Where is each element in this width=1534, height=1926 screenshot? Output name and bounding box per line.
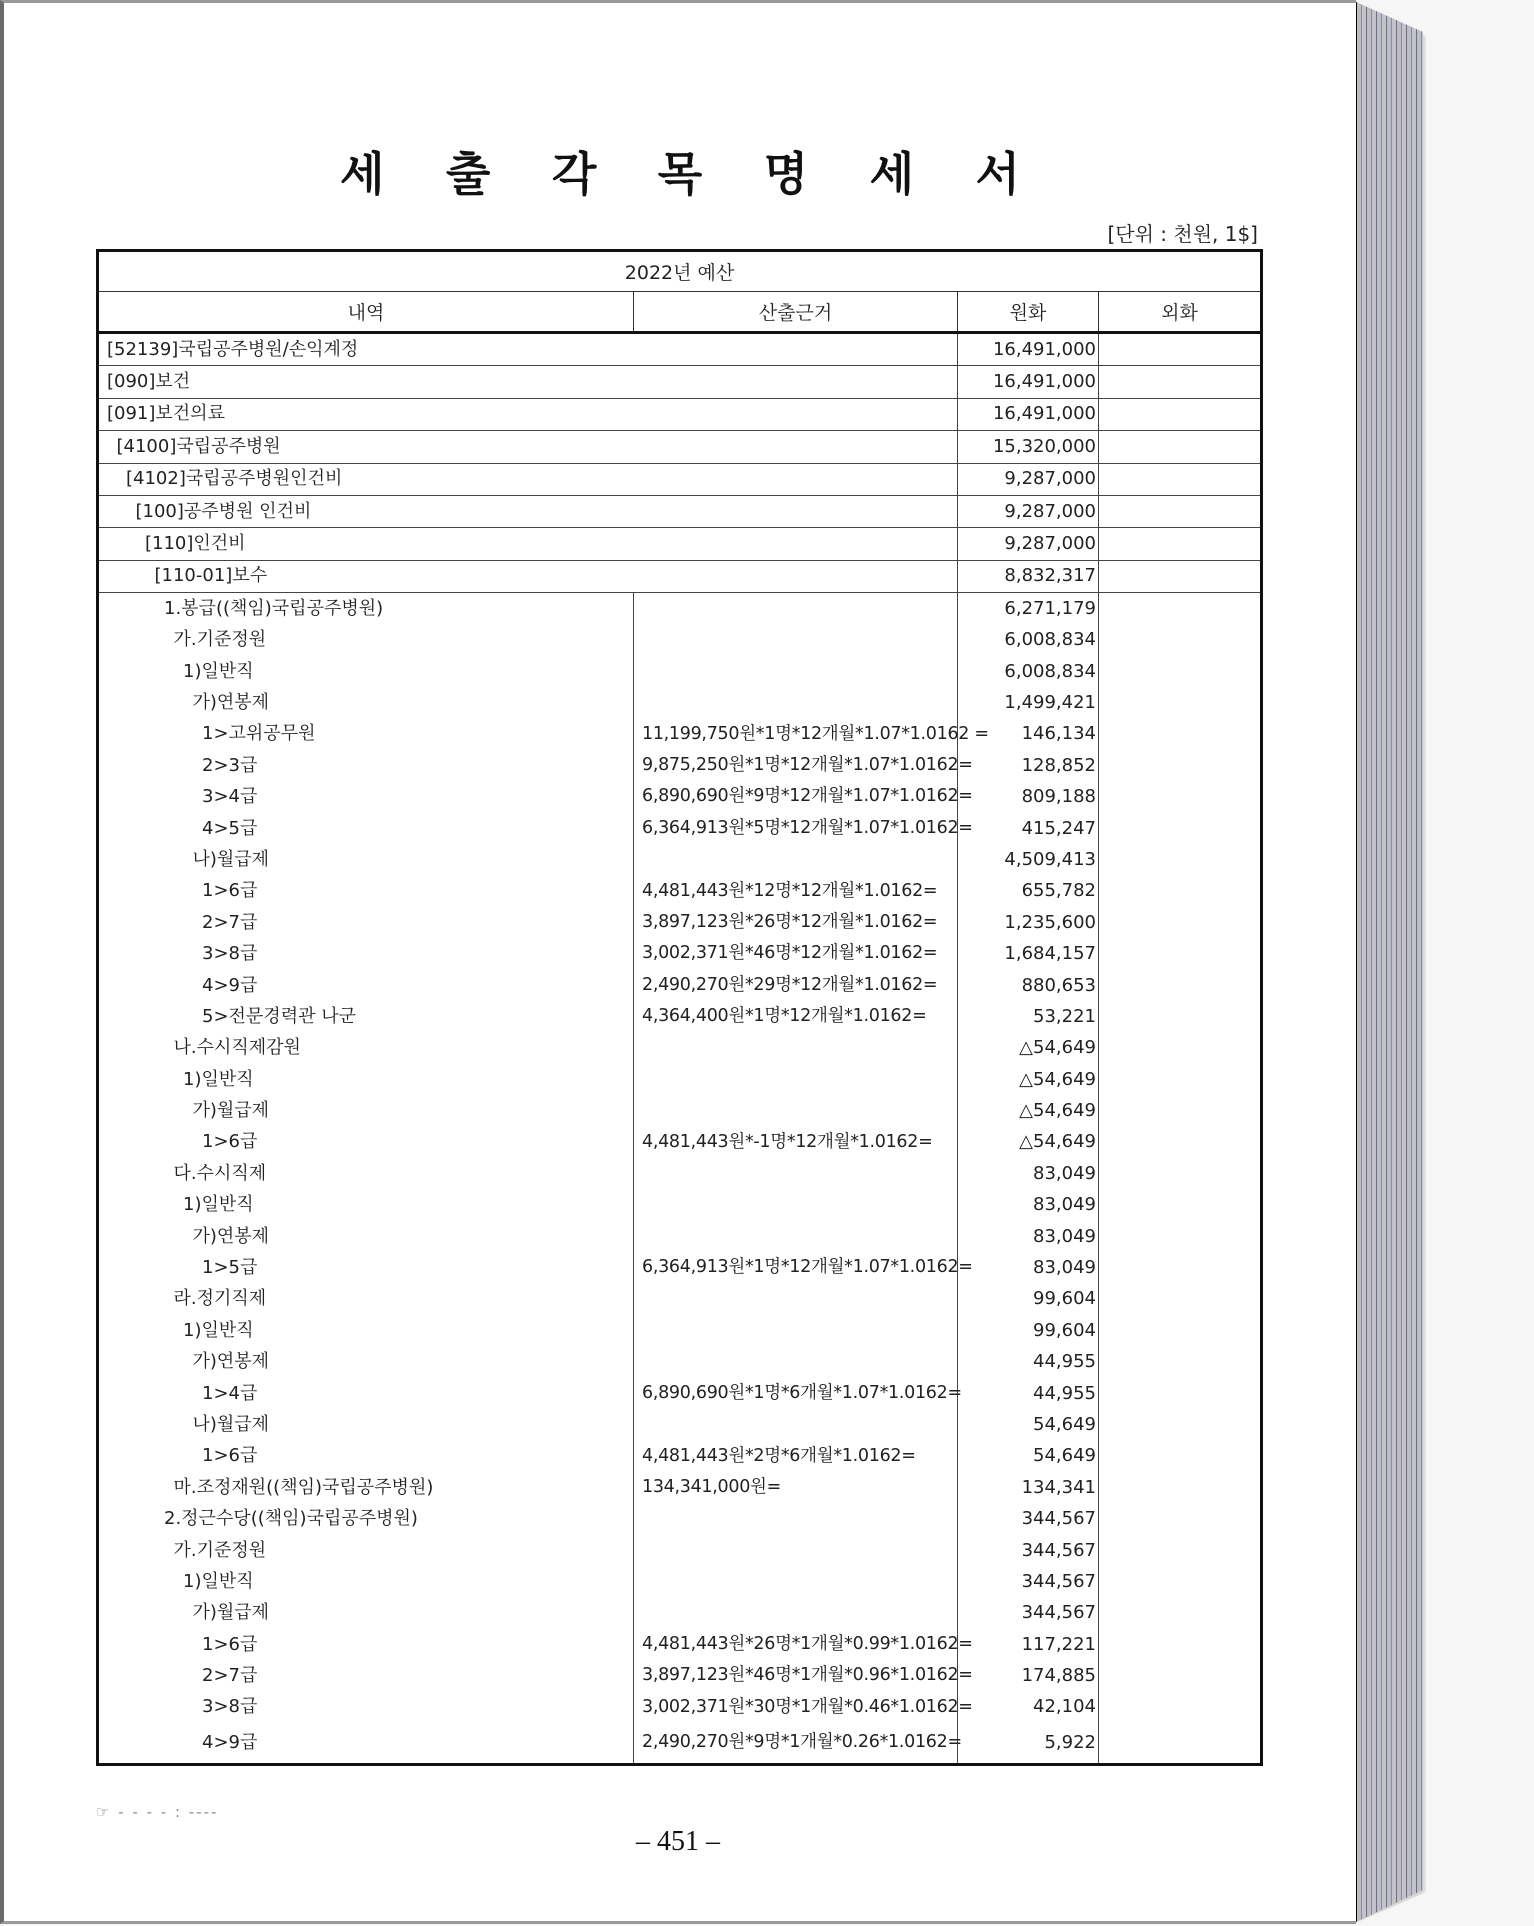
row-krw: 99,604 xyxy=(958,1284,1099,1315)
row-krw: 42,104 xyxy=(958,1692,1099,1723)
row-basis: 6,890,690원*1명*6개월*1.07*1.0162= xyxy=(634,1378,958,1409)
row-foreign xyxy=(1099,333,1262,366)
row-krw: 6,008,834 xyxy=(958,656,1099,687)
row-description: 4>5급 xyxy=(98,813,634,844)
row-basis: 4,481,443원*2명*6개월*1.0162= xyxy=(634,1441,958,1472)
row-foreign xyxy=(1099,781,1262,812)
row-krw: 344,567 xyxy=(958,1598,1099,1629)
table-row: [090]보건16,491,000 xyxy=(98,366,1262,398)
row-description: 1>4급 xyxy=(98,1378,634,1409)
unit-label: [단위 : 천원, 1$] xyxy=(1107,218,1258,247)
row-description: 마.조정재원((책임)국립공주병원) xyxy=(98,1472,634,1503)
row-basis xyxy=(634,1284,958,1315)
row-description: 가.기준정원 xyxy=(98,1535,634,1566)
row-description: 라.정기직제 xyxy=(98,1284,634,1315)
row-krw: 44,955 xyxy=(958,1378,1099,1409)
row-basis xyxy=(634,333,958,366)
row-basis xyxy=(634,366,958,398)
row-description: 나.수시직제감원 xyxy=(98,1033,634,1064)
row-description: 1)일반직 xyxy=(98,1190,634,1221)
table-row: 5>전문경력관 나군4,364,400원*1명*12개월*1.0162=53,2… xyxy=(98,1001,1262,1032)
row-foreign xyxy=(1099,1221,1262,1252)
row-foreign xyxy=(1099,719,1262,750)
row-description: 가.기준정원 xyxy=(98,625,634,656)
row-foreign xyxy=(1099,1284,1262,1315)
row-krw: △54,649 xyxy=(958,1127,1099,1158)
row-description: 1>6급 xyxy=(98,1127,634,1158)
page-stack-edge xyxy=(1356,2,1423,1922)
table-row: 3>4급6,890,690원*9명*12개월*1.07*1.0162=809,1… xyxy=(98,781,1262,812)
row-basis: 4,481,443원*-1명*12개월*1.0162= xyxy=(634,1127,958,1158)
row-basis xyxy=(634,528,958,560)
row-basis: 2,490,270원*9명*1개월*0.26*1.0162= xyxy=(634,1723,958,1765)
row-krw: 4,509,413 xyxy=(958,844,1099,875)
row-krw: 83,049 xyxy=(958,1190,1099,1221)
row-foreign xyxy=(1099,1660,1262,1691)
title-char: 세 xyxy=(870,138,914,204)
group-header: 2022년 예산 xyxy=(98,251,1262,292)
table-row: 가.기준정원344,567 xyxy=(98,1535,1262,1566)
table-row: 3>8급3,002,371원*30명*1개월*0.46*1.0162=42,10… xyxy=(98,1692,1262,1723)
row-description: 3>8급 xyxy=(98,1692,634,1723)
row-foreign xyxy=(1099,750,1262,781)
row-krw: 809,188 xyxy=(958,781,1099,812)
page-title: 세출각목명세서 xyxy=(340,138,1020,204)
column-header-foreign: 외화 xyxy=(1099,292,1262,333)
table-row: [110]인건비9,287,000 xyxy=(98,528,1262,560)
row-description: [52139]국립공주병원/손익계정 xyxy=(98,333,634,366)
row-basis xyxy=(634,1566,958,1597)
title-char: 명 xyxy=(764,138,808,204)
table-row: 1)일반직344,567 xyxy=(98,1566,1262,1597)
table-row: 4>5급6,364,913원*5명*12개월*1.07*1.0162=415,2… xyxy=(98,813,1262,844)
row-krw: 1,235,600 xyxy=(958,907,1099,938)
row-foreign xyxy=(1099,463,1262,495)
row-description: [090]보건 xyxy=(98,366,634,398)
row-basis xyxy=(634,431,958,463)
row-basis: 134,341,000원= xyxy=(634,1472,958,1503)
row-krw: 54,649 xyxy=(958,1409,1099,1440)
table-row: 1>6급4,481,443원*2명*6개월*1.0162=54,649 xyxy=(98,1441,1262,1472)
row-basis xyxy=(634,1535,958,1566)
row-foreign xyxy=(1099,495,1262,527)
footnote: ☞ - - - - : ---- xyxy=(96,1803,218,1821)
table-row: 나)월급제54,649 xyxy=(98,1409,1262,1440)
row-foreign xyxy=(1099,656,1262,687)
row-foreign xyxy=(1099,1252,1262,1283)
row-foreign xyxy=(1099,1127,1262,1158)
table-row: 가)연봉제83,049 xyxy=(98,1221,1262,1252)
row-foreign xyxy=(1099,398,1262,430)
table-row: 다.수시직제83,049 xyxy=(98,1158,1262,1189)
row-description: 가)연봉제 xyxy=(98,687,634,718)
row-krw: 16,491,000 xyxy=(958,333,1099,366)
row-basis: 3,897,123원*26명*12개월*1.0162= xyxy=(634,907,958,938)
row-description: 나)월급제 xyxy=(98,1409,634,1440)
row-description: 2>7급 xyxy=(98,907,634,938)
row-foreign xyxy=(1099,907,1262,938)
row-description: 1)일반직 xyxy=(98,1315,634,1346)
table-row: [091]보건의료16,491,000 xyxy=(98,398,1262,430)
row-krw: 134,341 xyxy=(958,1472,1099,1503)
row-basis xyxy=(634,1598,958,1629)
row-foreign xyxy=(1099,1472,1262,1503)
table-row: 3>8급3,002,371원*46명*12개월*1.0162=1,684,157 xyxy=(98,938,1262,969)
row-krw: 9,287,000 xyxy=(958,528,1099,560)
row-description: 2>7급 xyxy=(98,1660,634,1691)
row-foreign xyxy=(1099,1001,1262,1032)
row-krw: 8,832,317 xyxy=(958,560,1099,592)
row-krw: 1,684,157 xyxy=(958,938,1099,969)
row-krw: 16,491,000 xyxy=(958,366,1099,398)
row-description: 1>6급 xyxy=(98,1629,634,1660)
row-foreign xyxy=(1099,1629,1262,1660)
row-foreign xyxy=(1099,1378,1262,1409)
row-basis xyxy=(634,560,958,592)
row-krw: 6,008,834 xyxy=(958,625,1099,656)
row-description: 3>8급 xyxy=(98,938,634,969)
table-row: 2>7급3,897,123원*26명*12개월*1.0162=1,235,600 xyxy=(98,907,1262,938)
row-basis xyxy=(634,1503,958,1534)
row-description: [4100]국립공주병원 xyxy=(98,431,634,463)
table-row: 2>7급3,897,123원*46명*1개월*0.96*1.0162=174,8… xyxy=(98,1660,1262,1691)
row-basis xyxy=(634,1347,958,1378)
table-row: 1)일반직6,008,834 xyxy=(98,656,1262,687)
row-krw: 5,922 xyxy=(958,1723,1099,1765)
row-foreign xyxy=(1099,593,1262,625)
row-foreign xyxy=(1099,1692,1262,1723)
row-krw: 880,653 xyxy=(958,970,1099,1001)
row-foreign xyxy=(1099,1503,1262,1534)
table-row: 1>4급6,890,690원*1명*6개월*1.07*1.0162=44,955 xyxy=(98,1378,1262,1409)
row-basis xyxy=(634,495,958,527)
table-row: [100]공주병원 인건비9,287,000 xyxy=(98,495,1262,527)
title-char: 각 xyxy=(552,138,596,204)
table-row: 가)연봉제1,499,421 xyxy=(98,687,1262,718)
row-krw: △54,649 xyxy=(958,1095,1099,1126)
row-basis: 3,002,371원*46명*12개월*1.0162= xyxy=(634,938,958,969)
row-foreign xyxy=(1099,625,1262,656)
row-foreign xyxy=(1099,844,1262,875)
row-description: 1>6급 xyxy=(98,876,634,907)
row-basis xyxy=(634,656,958,687)
row-description: [100]공주병원 인건비 xyxy=(98,495,634,527)
row-basis: 6,364,913원*1명*12개월*1.07*1.0162= xyxy=(634,1252,958,1283)
table-body: [52139]국립공주병원/손익계정16,491,000[090]보건16,49… xyxy=(98,333,1262,1765)
row-description: 가)월급제 xyxy=(98,1598,634,1629)
row-foreign xyxy=(1099,1566,1262,1597)
row-basis xyxy=(634,1190,958,1221)
column-header-krw: 원화 xyxy=(958,292,1099,333)
row-foreign xyxy=(1099,560,1262,592)
row-description: 가)연봉제 xyxy=(98,1347,634,1378)
table-row: 나)월급제4,509,413 xyxy=(98,844,1262,875)
table-row: 1)일반직△54,649 xyxy=(98,1064,1262,1095)
row-description: 가)월급제 xyxy=(98,1095,634,1126)
row-krw: 344,567 xyxy=(958,1503,1099,1534)
row-krw: 16,491,000 xyxy=(958,398,1099,430)
row-basis: 6,364,913원*5명*12개월*1.07*1.0162= xyxy=(634,813,958,844)
row-foreign xyxy=(1099,1409,1262,1440)
row-krw: 6,271,179 xyxy=(958,593,1099,625)
row-description: 4>9급 xyxy=(98,970,634,1001)
row-krw: 54,649 xyxy=(958,1441,1099,1472)
row-basis: 11,199,750원*1명*12개월*1.07*1.0162 = xyxy=(634,719,958,750)
row-krw: 99,604 xyxy=(958,1315,1099,1346)
table-row: 1>5급6,364,913원*1명*12개월*1.07*1.0162=83,04… xyxy=(98,1252,1262,1283)
row-foreign xyxy=(1099,528,1262,560)
row-description: 1)일반직 xyxy=(98,1064,634,1095)
row-krw: 44,955 xyxy=(958,1347,1099,1378)
row-description: 1>6급 xyxy=(98,1441,634,1472)
row-krw: 9,287,000 xyxy=(958,463,1099,495)
row-krw: 655,782 xyxy=(958,876,1099,907)
row-krw: △54,649 xyxy=(958,1064,1099,1095)
row-description: [091]보건의료 xyxy=(98,398,634,430)
row-description: 나)월급제 xyxy=(98,844,634,875)
row-basis: 3,002,371원*30명*1개월*0.46*1.0162= xyxy=(634,1692,958,1723)
row-basis xyxy=(634,1409,958,1440)
title-char: 목 xyxy=(658,138,702,204)
row-foreign xyxy=(1099,1347,1262,1378)
table-row: 가)월급제344,567 xyxy=(98,1598,1262,1629)
row-basis xyxy=(634,1221,958,1252)
title-char: 서 xyxy=(976,138,1020,204)
row-description: 2.정근수당((책임)국립공주병원) xyxy=(98,1503,634,1534)
table-row: 1.봉급((책임)국립공주병원)6,271,179 xyxy=(98,593,1262,625)
table-row: [4102]국립공주병원인건비9,287,000 xyxy=(98,463,1262,495)
row-basis xyxy=(634,687,958,718)
row-foreign xyxy=(1099,1190,1262,1221)
row-basis xyxy=(634,593,958,625)
table-row: 라.정기직제99,604 xyxy=(98,1284,1262,1315)
row-krw: 344,567 xyxy=(958,1566,1099,1597)
budget-table: 2022년 예산 내역 산출근거 원화 외화 [52139]국립공주병원/손익계… xyxy=(96,249,1263,1766)
row-foreign xyxy=(1099,813,1262,844)
row-foreign xyxy=(1099,1315,1262,1346)
table-row: 2.정근수당((책임)국립공주병원)344,567 xyxy=(98,1503,1262,1534)
row-basis: 4,481,443원*12명*12개월*1.0162= xyxy=(634,876,958,907)
row-foreign xyxy=(1099,938,1262,969)
row-krw: 83,049 xyxy=(958,1252,1099,1283)
row-description: 가)연봉제 xyxy=(98,1221,634,1252)
row-foreign xyxy=(1099,1723,1262,1765)
row-foreign xyxy=(1099,431,1262,463)
table-row: 2>3급9,875,250원*1명*12개월*1.07*1.0162=128,8… xyxy=(98,750,1262,781)
row-basis xyxy=(634,1158,958,1189)
table-row: [52139]국립공주병원/손익계정16,491,000 xyxy=(98,333,1262,366)
row-description: 1>고위공무원 xyxy=(98,719,634,750)
row-basis xyxy=(634,844,958,875)
row-basis xyxy=(634,1064,958,1095)
row-krw: 83,049 xyxy=(958,1158,1099,1189)
row-krw: 9,287,000 xyxy=(958,495,1099,527)
row-foreign xyxy=(1099,1535,1262,1566)
row-basis: 3,897,123원*46명*1개월*0.96*1.0162= xyxy=(634,1660,958,1691)
row-foreign xyxy=(1099,1033,1262,1064)
row-basis xyxy=(634,398,958,430)
row-basis xyxy=(634,1315,958,1346)
row-foreign xyxy=(1099,1598,1262,1629)
row-description: 1.봉급((책임)국립공주병원) xyxy=(98,593,634,625)
table-row: 1)일반직83,049 xyxy=(98,1190,1262,1221)
table-row: 1>6급4,481,443원*12명*12개월*1.0162=655,782 xyxy=(98,876,1262,907)
table-row: 나.수시직제감원△54,649 xyxy=(98,1033,1262,1064)
row-basis: 4,364,400원*1명*12개월*1.0162= xyxy=(634,1001,958,1032)
column-header-basis: 산출근거 xyxy=(634,292,958,333)
row-foreign xyxy=(1099,970,1262,1001)
row-basis: 2,490,270원*29명*12개월*1.0162= xyxy=(634,970,958,1001)
row-foreign xyxy=(1099,876,1262,907)
row-krw: 128,852 xyxy=(958,750,1099,781)
table-row: [4100]국립공주병원15,320,000 xyxy=(98,431,1262,463)
row-krw: 53,221 xyxy=(958,1001,1099,1032)
title-char: 세 xyxy=(340,138,384,204)
table-row: [110-01]보수8,832,317 xyxy=(98,560,1262,592)
table-row: 가)연봉제44,955 xyxy=(98,1347,1262,1378)
row-foreign xyxy=(1099,1095,1262,1126)
table-row: 4>9급2,490,270원*9명*1개월*0.26*1.0162=5,922 xyxy=(98,1723,1262,1765)
row-description: [110-01]보수 xyxy=(98,560,634,592)
table-row: 마.조정재원((책임)국립공주병원)134,341,000원=134,341 xyxy=(98,1472,1262,1503)
title-char: 출 xyxy=(446,138,490,204)
row-description: 5>전문경력관 나군 xyxy=(98,1001,634,1032)
row-krw: △54,649 xyxy=(958,1033,1099,1064)
row-foreign xyxy=(1099,687,1262,718)
row-description: 다.수시직제 xyxy=(98,1158,634,1189)
table-row: 가.기준정원6,008,834 xyxy=(98,625,1262,656)
table-row: 1>6급4,481,443원*26명*1개월*0.99*1.0162=117,2… xyxy=(98,1629,1262,1660)
row-basis xyxy=(634,1095,958,1126)
row-description: 1)일반직 xyxy=(98,1566,634,1597)
table-row: 1)일반직99,604 xyxy=(98,1315,1262,1346)
row-description: 4>9급 xyxy=(98,1723,634,1765)
page-number: – 451 – xyxy=(0,1826,1356,1858)
row-foreign xyxy=(1099,1158,1262,1189)
row-foreign xyxy=(1099,1064,1262,1095)
row-krw: 15,320,000 xyxy=(958,431,1099,463)
row-krw: 344,567 xyxy=(958,1535,1099,1566)
row-krw: 83,049 xyxy=(958,1221,1099,1252)
row-description: 1>5급 xyxy=(98,1252,634,1283)
row-basis: 9,875,250원*1명*12개월*1.07*1.0162= xyxy=(634,750,958,781)
row-description: [110]인건비 xyxy=(98,528,634,560)
row-basis xyxy=(634,1033,958,1064)
row-krw: 1,499,421 xyxy=(958,687,1099,718)
row-description: 1)일반직 xyxy=(98,656,634,687)
column-header-description: 내역 xyxy=(98,292,634,333)
row-description: 2>3급 xyxy=(98,750,634,781)
row-description: 3>4급 xyxy=(98,781,634,812)
table-row: 1>6급4,481,443원*-1명*12개월*1.0162=△54,649 xyxy=(98,1127,1262,1158)
row-basis: 6,890,690원*9명*12개월*1.07*1.0162= xyxy=(634,781,958,812)
table-row: 1>고위공무원11,199,750원*1명*12개월*1.07*1.0162 =… xyxy=(98,719,1262,750)
row-basis xyxy=(634,463,958,495)
row-foreign xyxy=(1099,366,1262,398)
row-description: [4102]국립공주병원인건비 xyxy=(98,463,634,495)
row-basis xyxy=(634,625,958,656)
row-basis: 4,481,443원*26명*1개월*0.99*1.0162= xyxy=(634,1629,958,1660)
table-row: 4>9급2,490,270원*29명*12개월*1.0162=880,653 xyxy=(98,970,1262,1001)
table-row: 가)월급제△54,649 xyxy=(98,1095,1262,1126)
row-foreign xyxy=(1099,1441,1262,1472)
row-krw: 415,247 xyxy=(958,813,1099,844)
row-krw: 174,885 xyxy=(958,1660,1099,1691)
row-krw: 117,221 xyxy=(958,1629,1099,1660)
